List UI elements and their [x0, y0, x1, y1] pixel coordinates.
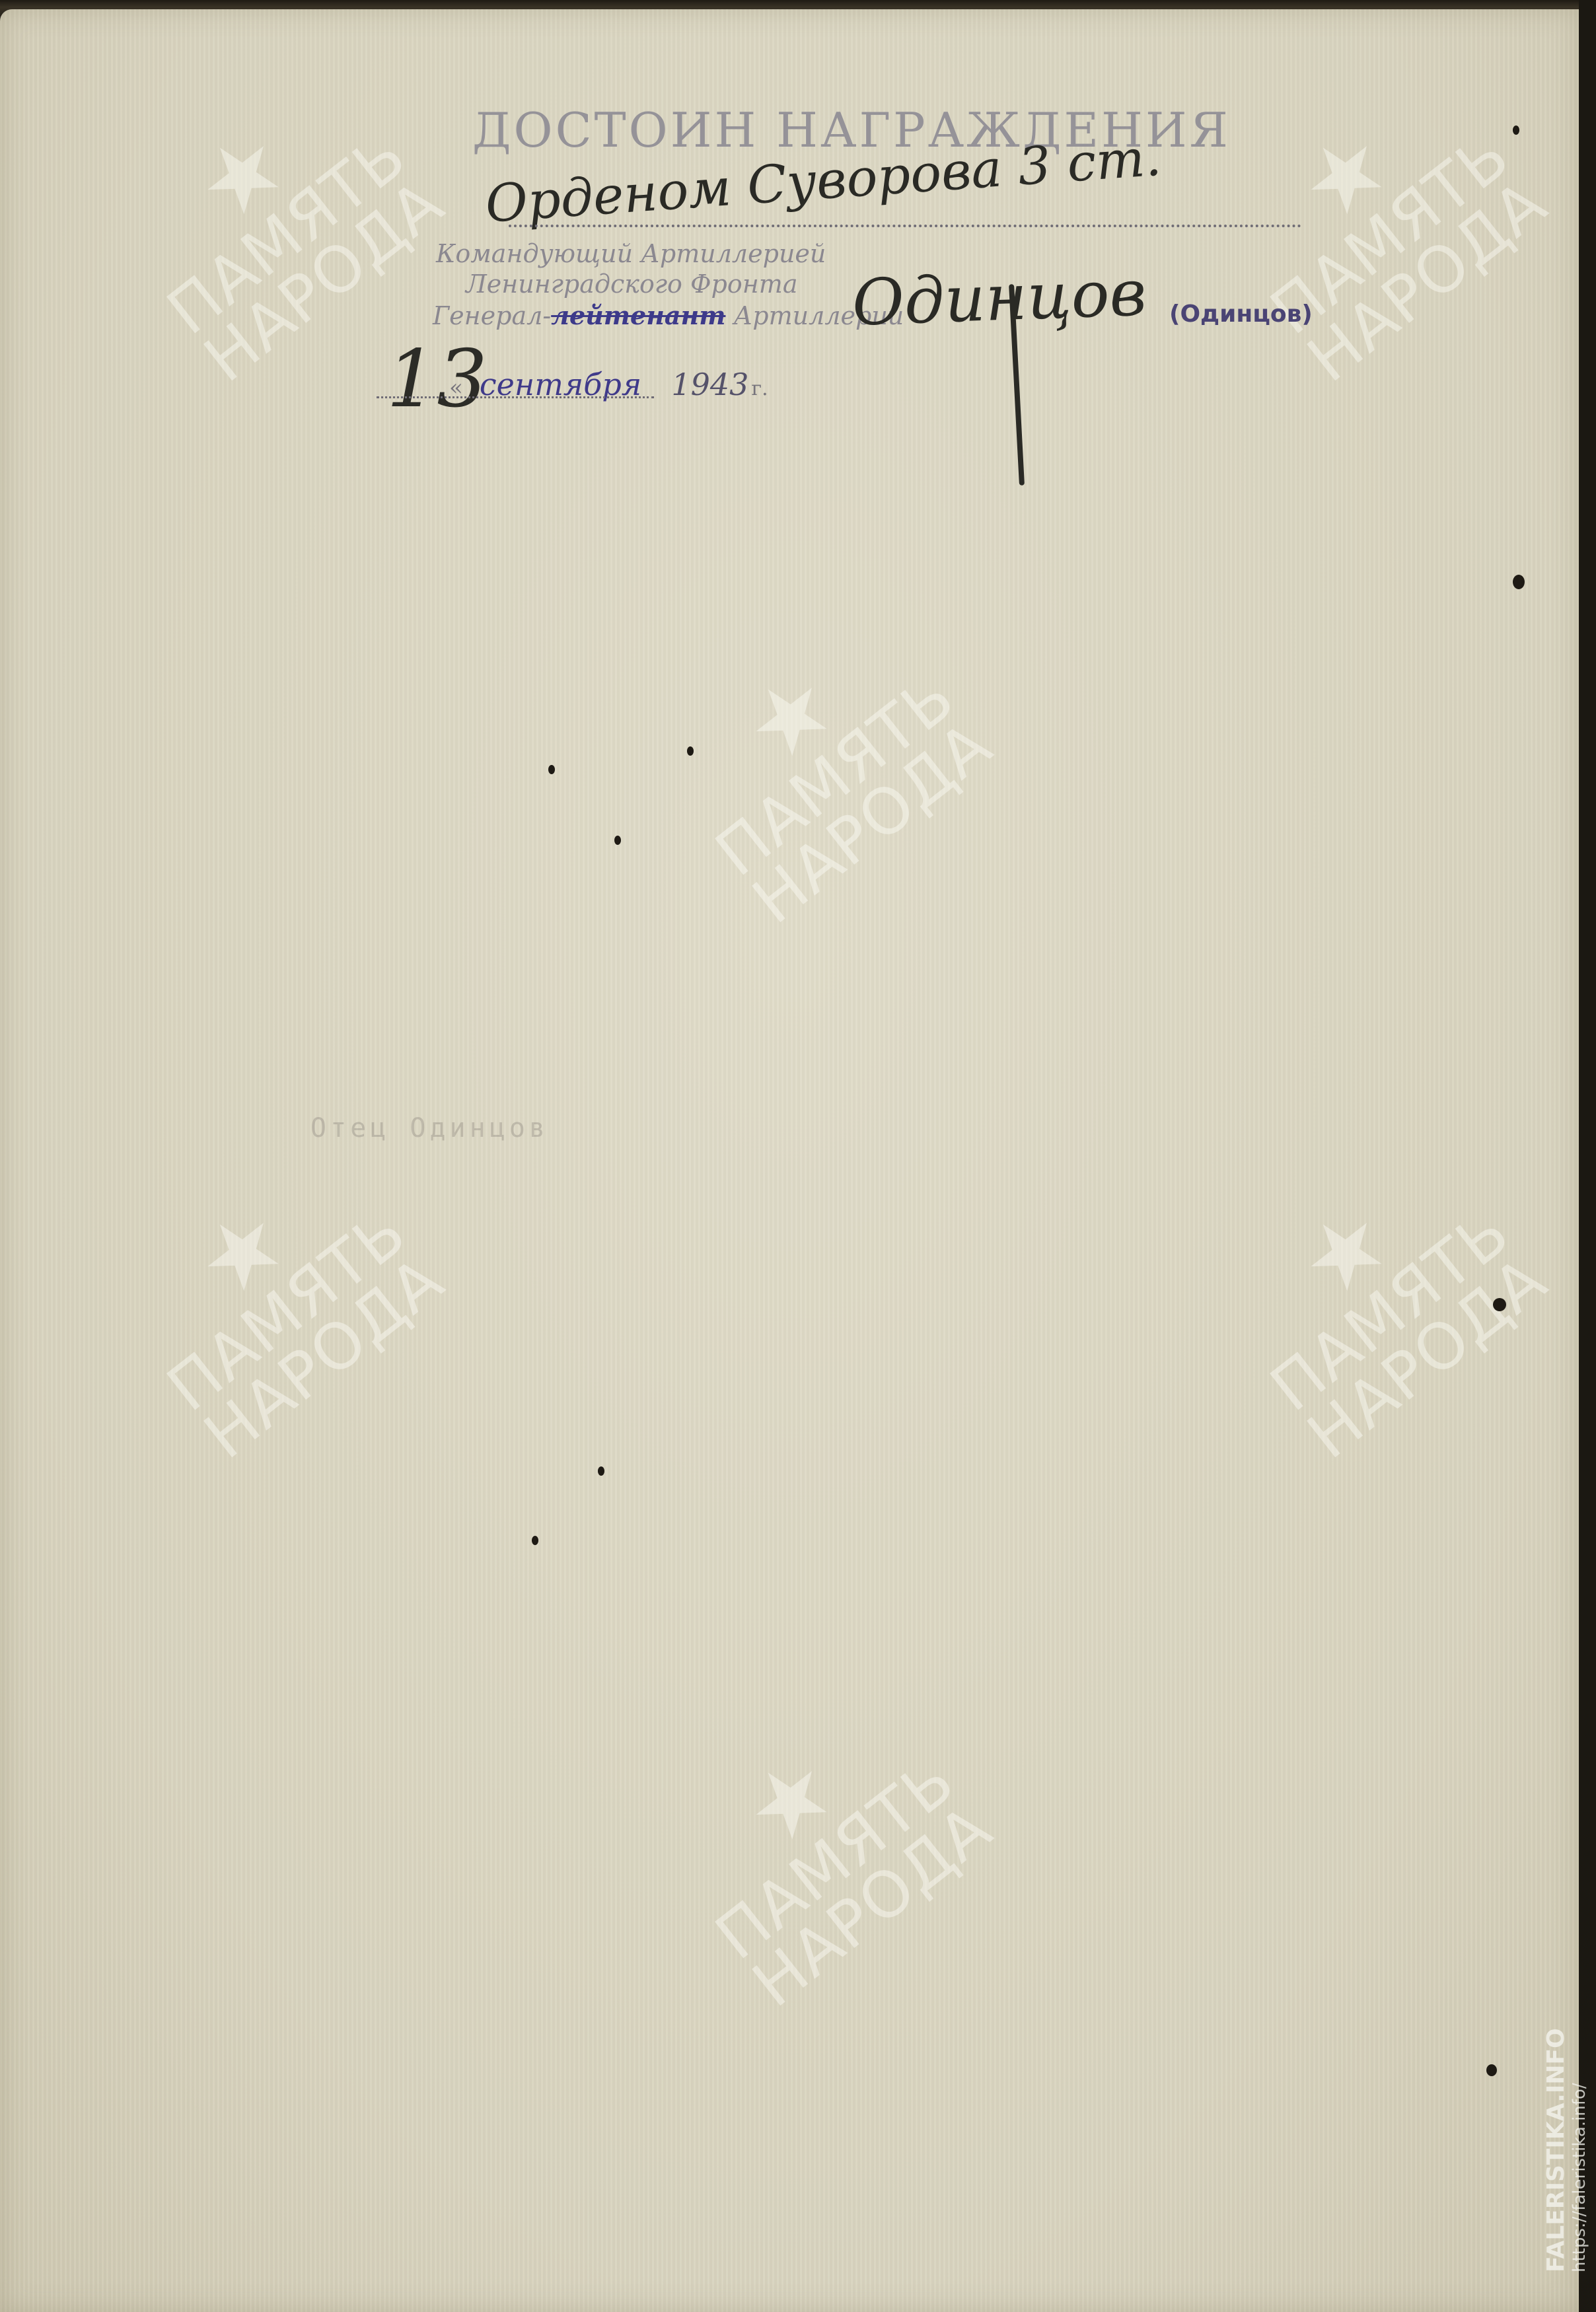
paper-speck: [614, 836, 621, 845]
paper-speck: [687, 746, 694, 756]
signatory-line-2: Ленинградского Фронта: [466, 270, 797, 299]
paper-speck: [548, 765, 555, 774]
signature: Одинцов: [851, 256, 1147, 340]
signatory-line-3: Генерал-лейтенант Артиллерии: [433, 301, 904, 330]
award-dotted-line: [509, 225, 1301, 227]
source-watermark: FALERISTIKA.INFO https://faleristika.inf…: [1542, 2028, 1589, 2272]
struck-rank: лейтенант: [551, 301, 725, 330]
signatory-line-1: Командующий Артиллерией: [436, 239, 826, 268]
paper-speck: [532, 1536, 538, 1545]
paper-speck: [1513, 575, 1525, 589]
paper-speck: [598, 1466, 604, 1476]
paper-speck: [1493, 1298, 1506, 1311]
name-stamp: (Одинцов): [1169, 301, 1313, 328]
paper-speck: [1513, 126, 1519, 135]
bleedthrough-text: Отец Одинцов: [310, 1113, 549, 1143]
date-year: 1943: [671, 367, 748, 402]
paper-speck: [1486, 2064, 1497, 2076]
date-dotted-line: [377, 396, 654, 398]
scan-right-edge: [1579, 0, 1596, 2312]
